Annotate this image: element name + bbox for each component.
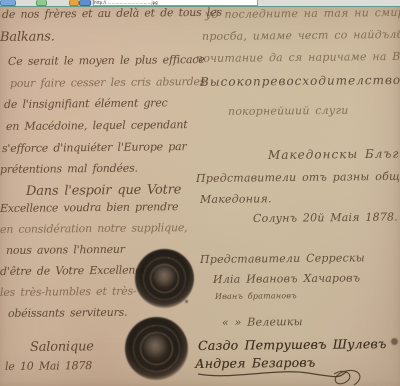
french-line: prétentions mal fondées.: [0, 162, 138, 176]
bulgarian-line: уд последните на тая ни смирена: [205, 6, 400, 21]
french-line: Balkans.: [0, 29, 55, 45]
french-line: nous avons l'honneur: [6, 243, 125, 257]
ink-seal-lower: [121, 313, 192, 384]
address-bar[interactable]: http://…………………………….jpg: [93, 0, 258, 6]
french-line: Excellence voudra bien prendre: [0, 200, 178, 215]
french-line: de nos frères et au delà et de tous les: [2, 6, 222, 21]
french-line: Ce serait le moyen le plus efficace: [8, 53, 205, 68]
bulgarian-line: Иліа Ивановъ Хачаровъ: [213, 271, 360, 286]
toolbar-button-orange[interactable]: [69, 0, 79, 6]
bulgarian-line: просба, имаме чест со найдълбоко: [202, 28, 400, 43]
french-line: d'être de Votre Excellence: [0, 263, 148, 278]
bulgarian-line: Македонскы Блъгаре: [268, 146, 400, 162]
ink-speck: [185, 300, 188, 303]
browser-toolbar: http://…………………………….jpg: [0, 0, 400, 7]
back-button-fragment[interactable]: [0, 0, 16, 6]
ink-speck: [391, 338, 398, 345]
bulgarian-line: Иванъ братановъ: [215, 291, 297, 301]
ink-seal-upper: [130, 244, 200, 314]
bulgarian-line: Представители отъ разны общины въ: [196, 169, 400, 185]
french-line: Dans l'espoir que Votre: [26, 182, 181, 199]
french-line: s'efforce d'inquiéter l'Europe par: [2, 140, 187, 155]
signature-flourish: [196, 364, 366, 386]
bulgarian-line: Македония.: [200, 192, 272, 206]
toolbar-button-blue[interactable]: [79, 0, 91, 6]
bulgarian-line: Представители Серрескы: [200, 251, 365, 266]
french-line: en considération notre supplique,: [0, 221, 187, 236]
french-line: les très-humbles et très-: [0, 285, 137, 299]
toolbar-button-green[interactable]: [36, 0, 47, 6]
french-line: obéissants serviteurs.: [8, 306, 127, 320]
bulgarian-line: Солунъ 20й Маія 1878.: [253, 210, 398, 225]
french-line: le 10 Mai 1878: [5, 359, 92, 373]
french-line: pour faire cesser les cris absurdes: [10, 75, 205, 90]
bulgarian-line: покорнейший слуги: [228, 104, 349, 118]
bulgarian-line: Высокопревосходителство: [200, 73, 400, 89]
bulgarian-line: « » Велешкы: [222, 315, 303, 329]
bulgarian-signature: Саздо Петрушевъ Шулевъ: [198, 336, 387, 353]
bulgarian-line: почитание да ся наричаме на Ваше: [196, 50, 400, 65]
french-line: Salonique: [30, 339, 94, 355]
french-line: de l'insignifiant élément grec: [4, 96, 168, 111]
french-line: en Macédoine, lequel cependant: [6, 118, 188, 133]
address-text: http://…………………………….jpg: [94, 0, 257, 5]
